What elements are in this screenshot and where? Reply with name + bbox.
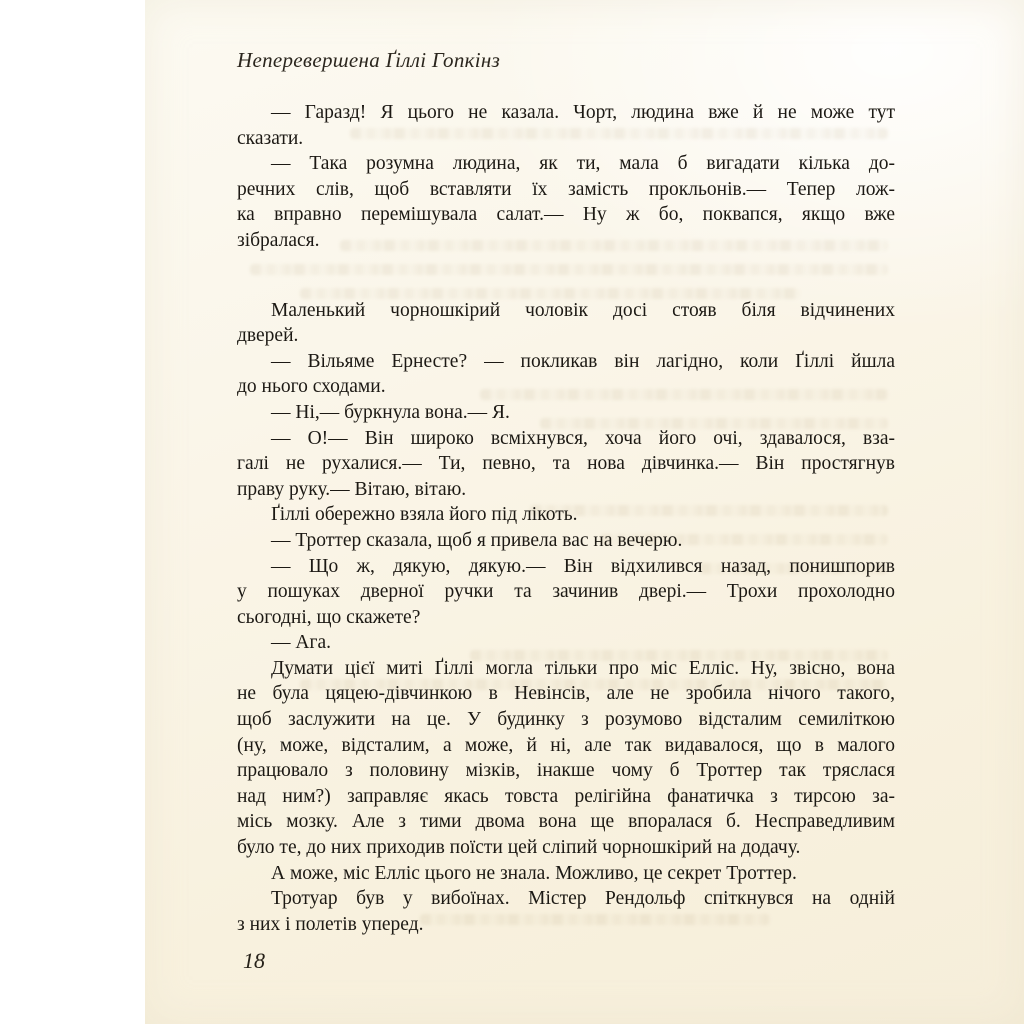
text-line: (ну, може, відсталим, а може, й ні, але … (237, 733, 895, 759)
text-line: щоб заслужити на це. У будинку з розумов… (237, 707, 895, 733)
page-content: Неперевершена Ґіллі Гопкінз — Гаразд! Я … (237, 0, 895, 937)
text-line: не була цяцею-дівчинкою в Невінсів, але … (237, 681, 895, 707)
paragraph: Ґіллі обережно взяла його під лікоть. (237, 502, 895, 528)
page-number: 18 (243, 948, 265, 974)
text-line: Думати цієї миті Ґіллі могла тільки про … (237, 656, 895, 682)
text-line: сьогодні, що скажете? (237, 605, 895, 631)
text-line: зібралася. (237, 228, 895, 254)
text-line: дверей. (237, 323, 895, 349)
text-line: Ґіллі обережно взяла його під лікоть. (237, 502, 895, 528)
paragraph: Тротуар був у вибоїнах. Містер Рендольф … (237, 886, 895, 937)
text-line: праву руку.— Вітаю, вітаю. (237, 477, 895, 503)
paragraph: — Гаразд! Я цього не казала. Чорт, людин… (237, 100, 895, 151)
text-line: — Що ж, дякую, дякую.— Він відхилився на… (237, 554, 895, 580)
text-line: з них і полетів уперед. (237, 912, 895, 938)
text-line: було те, до них приходив поїсти цей сліп… (237, 835, 895, 861)
paragraph: — О!— Він широко всміхнувся, хоча його о… (237, 426, 895, 503)
text-line: — Троттер сказала, щоб я привела вас на … (237, 528, 895, 554)
text-line: над ним?) заправляє якась товста релігій… (237, 784, 895, 810)
scanned-page-background: Неперевершена Ґіллі Гопкінз — Гаразд! Я … (0, 0, 1024, 1024)
running-header: Неперевершена Ґіллі Гопкінз (237, 0, 895, 74)
text-line: ка вправно перемішувала салат.— Ну ж бо,… (237, 202, 895, 228)
paragraph: Думати цієї миті Ґіллі могла тільки про … (237, 656, 895, 861)
text-line: Маленький чорношкірий чоловік досі стояв… (237, 298, 895, 324)
text-line: — Гаразд! Я цього не казала. Чорт, людин… (237, 100, 895, 126)
text-line: — Ні,— буркнула вона.— Я. (237, 400, 895, 426)
text-line: галі не рухалися.— Ти, певно, та нова ді… (237, 451, 895, 477)
text-line: до нього сходами. (237, 374, 895, 400)
paragraph: — Вільяме Ернесте? — покликав він лагідн… (237, 349, 895, 400)
paragraph: — Ні,— буркнула вона.— Я. (237, 400, 895, 426)
text-line: — Вільяме Ернесте? — покликав він лагідн… (237, 349, 895, 375)
text-line: Тротуар був у вибоїнах. Містер Рендольф … (237, 886, 895, 912)
text-line: місь мозку. Але з тими двома вона ще впо… (237, 809, 895, 835)
text-line: у пошуках дверної ручки та зачинив двері… (237, 579, 895, 605)
body-text: — Гаразд! Я цього не казала. Чорт, людин… (237, 100, 895, 937)
text-line: речних слів, щоб вставляти їх замість пр… (237, 177, 895, 203)
paragraph: А може, міс Елліс цього не знала. Можлив… (237, 861, 895, 887)
paragraph: — Що ж, дякую, дякую.— Він відхилився на… (237, 554, 895, 631)
paragraph: — Ага. (237, 630, 895, 656)
text-line: — О!— Він широко всміхнувся, хоча його о… (237, 426, 895, 452)
text-line: — Така розумна людина, як ти, мала б виг… (237, 151, 895, 177)
paragraph: — Троттер сказала, щоб я привела вас на … (237, 528, 895, 554)
text-line: працювало з половину мізків, інакше чому… (237, 758, 895, 784)
text-line: — Ага. (237, 630, 895, 656)
text-line: сказати. (237, 126, 895, 152)
paragraph: — Така розумна людина, як ти, мала б виг… (237, 151, 895, 253)
paragraph: Маленький чорношкірий чоловік досі стояв… (237, 298, 895, 349)
text-line: А може, міс Елліс цього не знала. Можлив… (237, 861, 895, 887)
book-page: Неперевершена Ґіллі Гопкінз — Гаразд! Я … (145, 0, 1024, 1024)
